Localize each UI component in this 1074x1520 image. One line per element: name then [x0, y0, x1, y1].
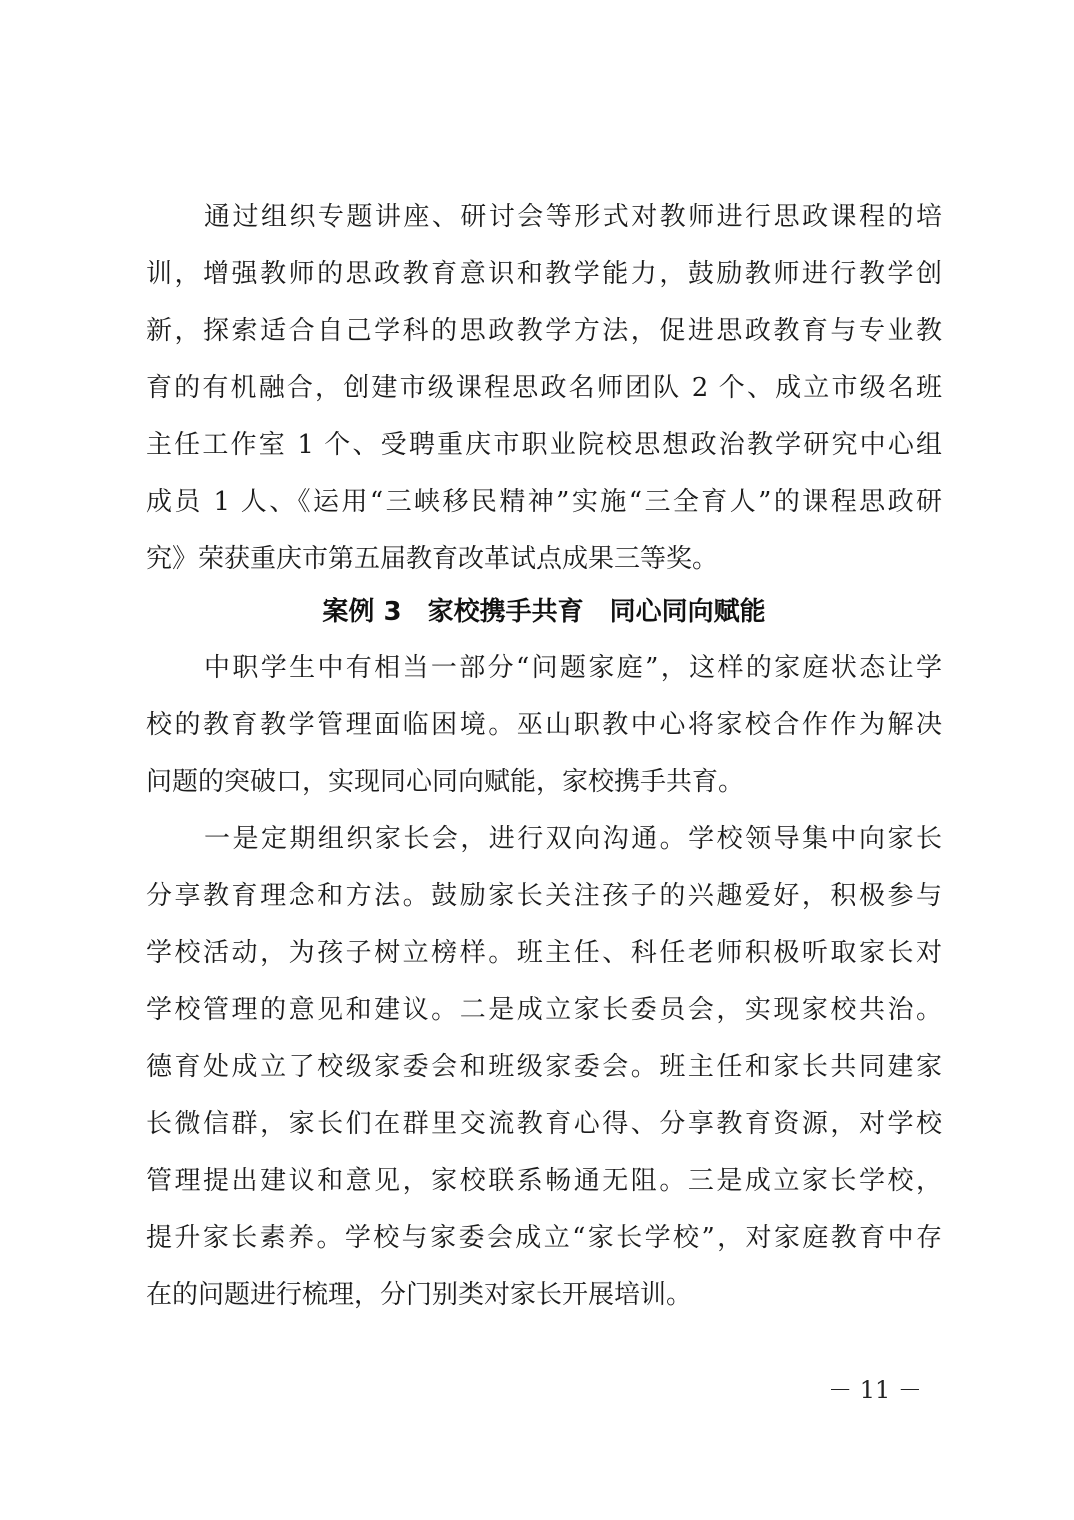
text-line: 新，探索适合自己学科的思政教学方法，促进思政教育与专业教: [146, 311, 942, 351]
text-line: 在的问题进行梳理，分门别类对家长开展培训。: [146, 1275, 942, 1315]
text-line: 问题的突破口，实现同心同向赋能，家校携手共育。: [146, 762, 942, 802]
case-heading: 案例 3 家校携手共育 同心同向赋能: [146, 592, 942, 632]
text-line: 管理提出建议和意见，家校联系畅通无阻。三是成立家长学校，: [146, 1161, 942, 1201]
text-line: 学校管理的意见和建议。二是成立家长委员会，实现家校共治。: [146, 990, 942, 1030]
text-line: 学校活动，为孩子树立榜样。班主任、科任老师积极听取家长对: [146, 933, 942, 973]
text-line: 分享教育理念和方法。鼓励家长关注孩子的兴趣爱好，积极参与: [146, 876, 942, 916]
text-line: 中职学生中有相当一部分“问题家庭”，这样的家庭状态让学: [204, 648, 942, 688]
text-line: 究》荣获重庆市第五届教育改革试点成果三等奖。: [146, 539, 942, 579]
page-number: － 11 －: [820, 1375, 930, 1405]
text-line: 德育处成立了校级家委会和班级家委会。班主任和家长共同建家: [146, 1047, 942, 1087]
text-line: 成员 1 人、《运用“三峡移民精神”实施“三全育人”的课程思政研: [146, 482, 942, 522]
text-line: 通过组织专题讲座、研讨会等形式对教师进行思政课程的培: [204, 197, 942, 237]
text-line: 长微信群，家长们在群里交流教育心得、分享教育资源，对学校: [146, 1104, 942, 1144]
text-line: 校的教育教学管理面临困境。巫山职教中心将家校合作作为解决: [146, 705, 942, 745]
text-line: 一是定期组织家长会，进行双向沟通。学校领导集中向家长: [204, 819, 942, 859]
text-line: 主任工作室 1 个、受聘重庆市职业院校思想政治教学研究中心组: [146, 425, 942, 465]
text-line: 训，增强教师的思政教育意识和教学能力，鼓励教师进行教学创: [146, 254, 942, 294]
document-page: 通过组织专题讲座、研讨会等形式对教师进行思政课程的培 训，增强教师的思政教育意识…: [0, 0, 1074, 1520]
text-line: 提升家长素养。学校与家委会成立“家长学校”，对家庭教育中存: [146, 1218, 942, 1258]
text-line: 育的有机融合，创建市级课程思政名师团队 2 个、成立市级名班: [146, 368, 942, 408]
